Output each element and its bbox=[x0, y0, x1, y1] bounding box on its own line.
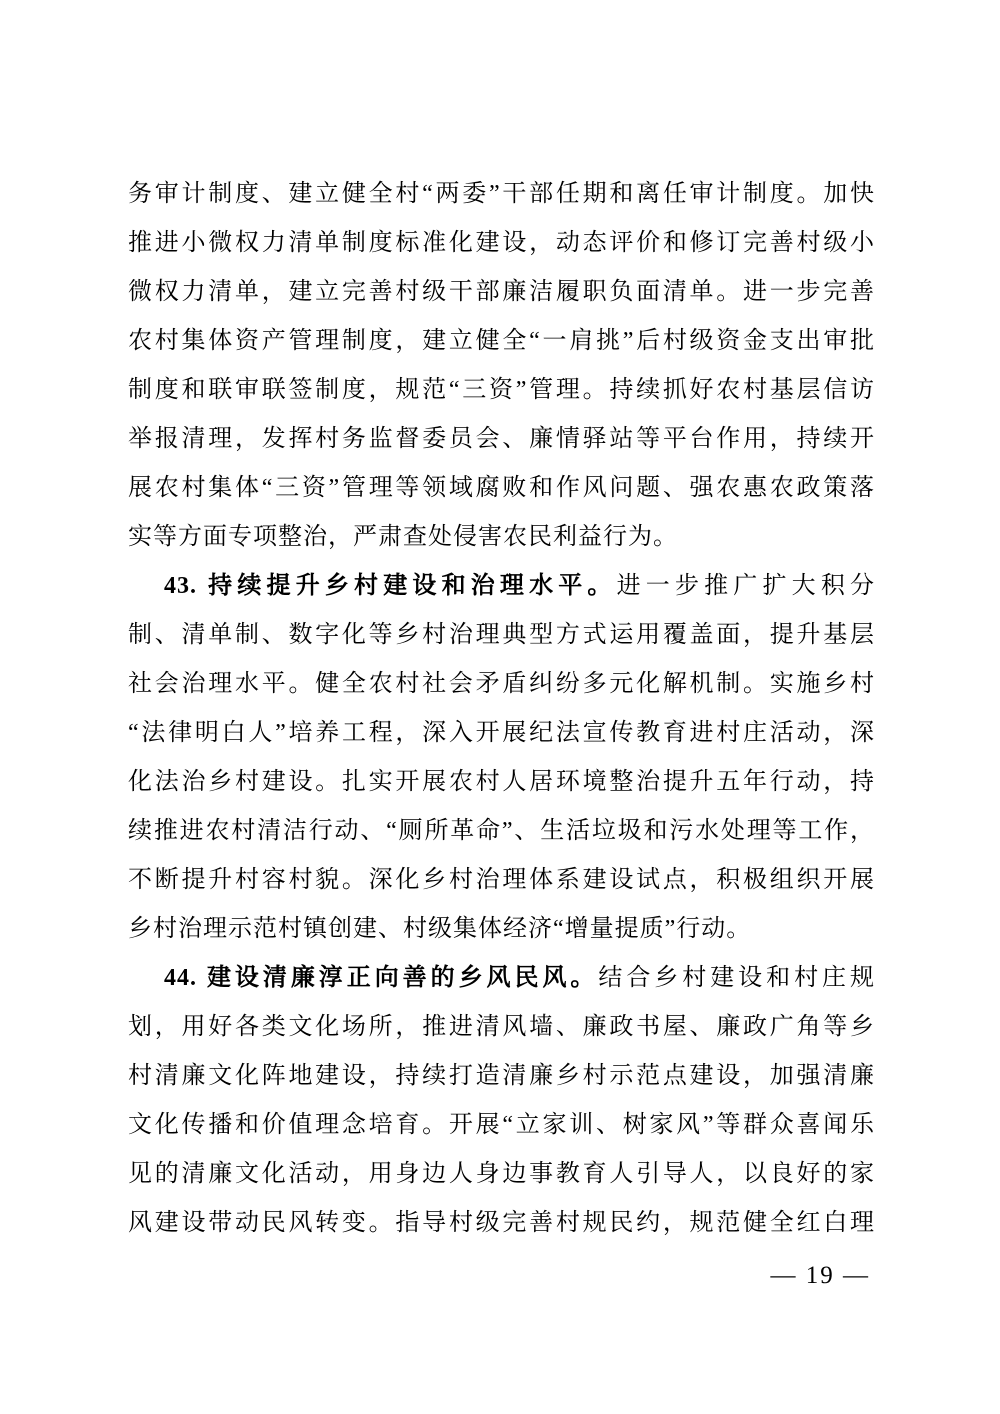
text-line: 微权力清单，建立完善村级干部廉洁履职负面清单。进一步完善 bbox=[128, 268, 875, 317]
text-line: 化法治乡村建设。扎实开展农村人居环境整治提升五年行动，持 bbox=[128, 758, 875, 807]
text-line: 农村集体资产管理制度，建立健全“一肩挑”后村级资金支出审批 bbox=[128, 317, 875, 366]
document-page: 务审计制度、建立健全村“两委”干部任期和离任审计制度。加快 推进小微权力清单制度… bbox=[0, 0, 1000, 1414]
paragraph-43-first-line: 43. 持续提升乡村建设和治理水平。进一步推广扩大积分 bbox=[128, 562, 875, 611]
text-line: 续推进农村清洁行动、“厕所革命”、生活垃圾和污水处理等工作， bbox=[128, 807, 875, 856]
text-line: 制、清单制、数字化等乡村治理典型方式运用覆盖面，提升基层 bbox=[128, 611, 875, 660]
text-line: 见的清廉文化活动，用身边人身边事教育人引导人，以良好的家 bbox=[128, 1150, 875, 1199]
text-line: 举报清理，发挥村务监督委员会、廉情驿站等平台作用，持续开 bbox=[128, 415, 875, 464]
page-footer: — 19 — bbox=[771, 1256, 871, 1296]
paragraph-44-heading: 44. 建设清廉淳正向善的乡风民风。 bbox=[164, 965, 598, 991]
text-line: 风建设带动民风转变。指导村级完善村规民约，规范健全红白理 bbox=[128, 1199, 875, 1248]
text-line: 乡村治理示范村镇创建、村级集体经济“增量提质”行动。 bbox=[128, 905, 875, 954]
paragraph-43-lead-text: 进一步推广扩大积分 bbox=[617, 573, 875, 599]
paragraph-44-first-line: 44. 建设清廉淳正向善的乡风民风。结合乡村建设和村庄规 bbox=[128, 954, 875, 1003]
text-line: 实等方面专项整治，严肃查处侵害农民利益行为。 bbox=[128, 513, 875, 562]
document-body: 务审计制度、建立健全村“两委”干部任期和离任审计制度。加快 推进小微权力清单制度… bbox=[128, 170, 875, 1248]
paragraph-43-heading: 43. 持续提升乡村建设和治理水平。 bbox=[164, 573, 617, 599]
paragraph-continuation: 务审计制度、建立健全村“两委”干部任期和离任审计制度。加快 推进小微权力清单制度… bbox=[128, 170, 875, 562]
text-line: “法律明白人”培养工程，深入开展纪法宣传教育进村庄活动，深 bbox=[128, 709, 875, 758]
page-number: — 19 — bbox=[771, 1262, 871, 1289]
text-line: 推进小微权力清单制度标准化建设，动态评价和修订完善村级小 bbox=[128, 219, 875, 268]
text-line: 务审计制度、建立健全村“两委”干部任期和离任审计制度。加快 bbox=[128, 170, 875, 219]
paragraph-44-lead-text: 结合乡村建设和村庄规 bbox=[598, 965, 875, 991]
paragraph-44: 44. 建设清廉淳正向善的乡风民风。结合乡村建设和村庄规 划，用好各类文化场所，… bbox=[128, 954, 875, 1248]
text-line: 文化传播和价值理念培育。开展“立家训、树家风”等群众喜闻乐 bbox=[128, 1101, 875, 1150]
text-line: 社会治理水平。健全农村社会矛盾纠纷多元化解机制。实施乡村 bbox=[128, 660, 875, 709]
text-line: 划，用好各类文化场所，推进清风墙、廉政书屋、廉政广角等乡 bbox=[128, 1003, 875, 1052]
text-line: 村清廉文化阵地建设，持续打造清廉乡村示范点建设，加强清廉 bbox=[128, 1052, 875, 1101]
text-line: 制度和联审联签制度，规范“三资”管理。持续抓好农村基层信访 bbox=[128, 366, 875, 415]
text-line: 不断提升村容村貌。深化乡村治理体系建设试点，积极组织开展 bbox=[128, 856, 875, 905]
text-line: 展农村集体“三资”管理等领域腐败和作风问题、强农惠农政策落 bbox=[128, 464, 875, 513]
paragraph-43: 43. 持续提升乡村建设和治理水平。进一步推广扩大积分 制、清单制、数字化等乡村… bbox=[128, 562, 875, 954]
